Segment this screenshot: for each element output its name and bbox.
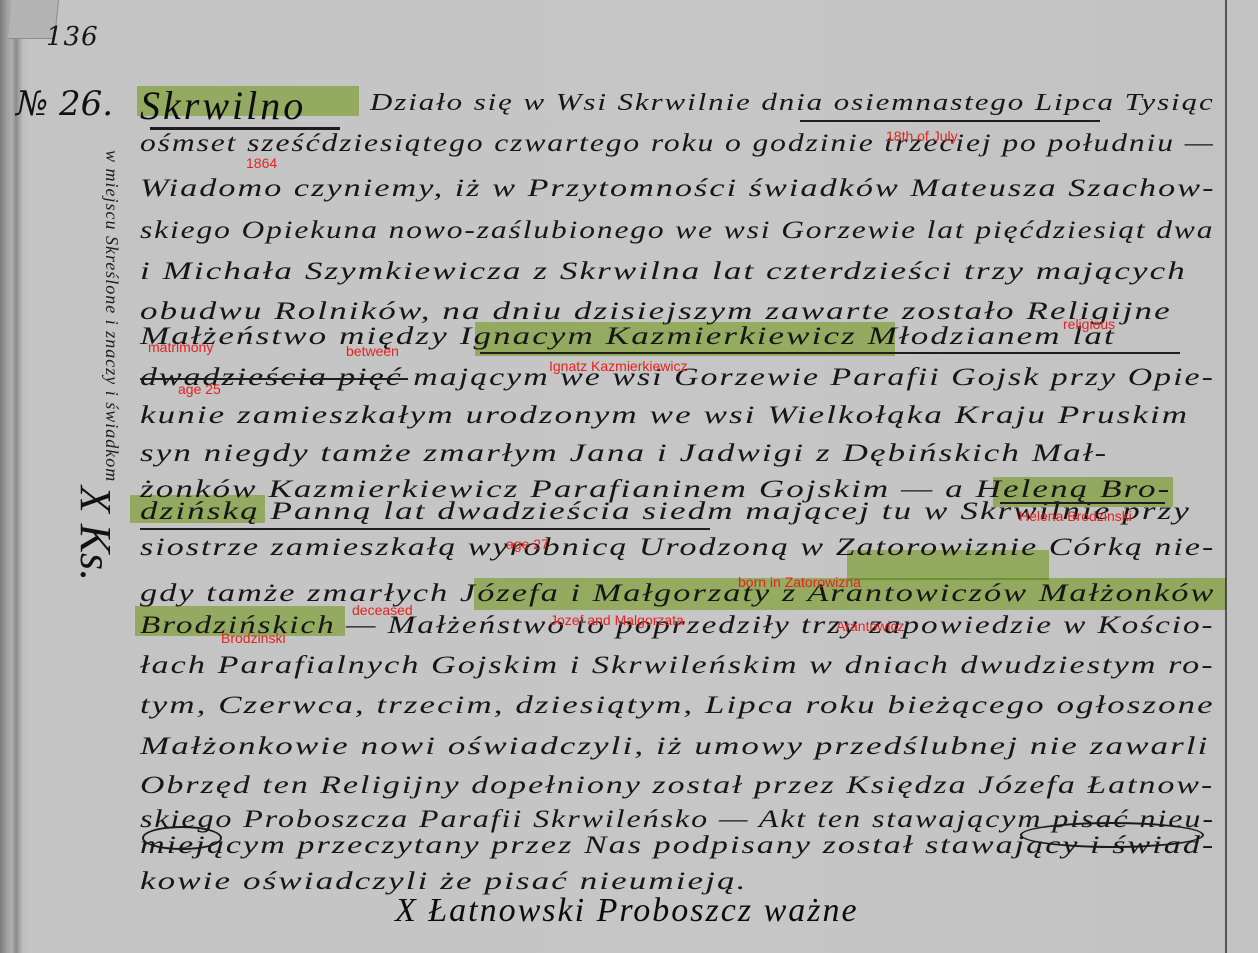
text-line-5: i Michała Szymkiewicza z Skrwilna lat cz… [140, 258, 1187, 286]
annotation-deceased: deceased [352, 602, 413, 618]
annotation-surname: Brodzinski [221, 630, 286, 646]
text-line-19: Obrzęd ten Religijny dopełniony został p… [140, 772, 1214, 800]
text-line-9: kunie zamieszkałym urodzonym we wsi Wiel… [140, 402, 1189, 430]
book-binding-edge [0, 0, 22, 953]
annotation-year: 1864 [246, 155, 277, 171]
oval-mark-right [1020, 822, 1204, 848]
priest-signature: X Łatnowski Proboszcz ważne [395, 892, 859, 930]
margin-signature-mark: X Ks. [70, 486, 121, 581]
annotation-groom-name: Ignatz Kazmierkiewicz [549, 358, 688, 374]
annotation-date: 18th of July [886, 128, 958, 144]
annotation-birthplace: born in Zatorowizna [738, 574, 861, 590]
text-line-17: tym, Czerwca, trzecim, dziesiątym, Lipca… [140, 692, 1215, 720]
annotation-age-27: age 27 [506, 536, 549, 552]
text-line-3: Wiadomo czyniemy, iż w Przytomności świa… [140, 175, 1216, 203]
underline-date [800, 120, 1100, 122]
text-line-14: gdy tamże zmarłych Józefa i Małgorzaty z… [140, 580, 1215, 608]
annotation-age-25: age 25 [178, 381, 221, 397]
page-number: 136 [46, 22, 99, 52]
oval-mark-left [142, 826, 222, 850]
underline-helena [1000, 502, 1165, 504]
right-margin-rule [1225, 0, 1227, 953]
annotation-mother-maiden: Arantowicz [836, 618, 904, 634]
text-line-2: ośmset sześćdziesiątego czwartego roku o… [140, 130, 1215, 158]
text-line-1: Działo się w Wsi Skrwilnie dnia osiemnas… [370, 90, 1215, 117]
annotation-between: between [346, 343, 399, 359]
text-line-18: Małżonkowie nowi oświadczyli, iż umowy p… [140, 733, 1210, 761]
annotation-bride-name: Helena Brodzinski [1019, 508, 1132, 524]
scanned-document-page: 136 № 26. Skrwilno Działo się w Wsi Skrw… [0, 0, 1258, 953]
annotation-religious: religious [1063, 316, 1115, 332]
text-line-13: siostrze zamieszkałą wyrobnicą Urodzoną … [140, 534, 1215, 562]
entry-number: № 26. [16, 84, 113, 124]
underline-bride [140, 528, 710, 530]
text-line-7: Małżeństwo między Ignacym Kazmierkiewicz… [140, 323, 1116, 351]
text-line-10: syn niegdy tamże zmarłym Jana i Jadwigi … [140, 440, 1108, 468]
text-line-6: obudwu Rolników, na dniu dzisiejszym zaw… [140, 298, 1172, 326]
annotation-matrimony: matrimony [148, 339, 213, 355]
annotation-parents: Jozef and Malgorzata [550, 612, 684, 628]
text-line-4: skiego Opiekuna nowo-zaślubionego we wsi… [140, 217, 1214, 245]
underline-groom [480, 352, 1180, 354]
text-line-16: łach Parafialnych Gojskim i Skrwileńskim… [140, 652, 1215, 680]
place-title: Skrwilno [140, 82, 306, 129]
underline-age-25 [140, 378, 408, 380]
